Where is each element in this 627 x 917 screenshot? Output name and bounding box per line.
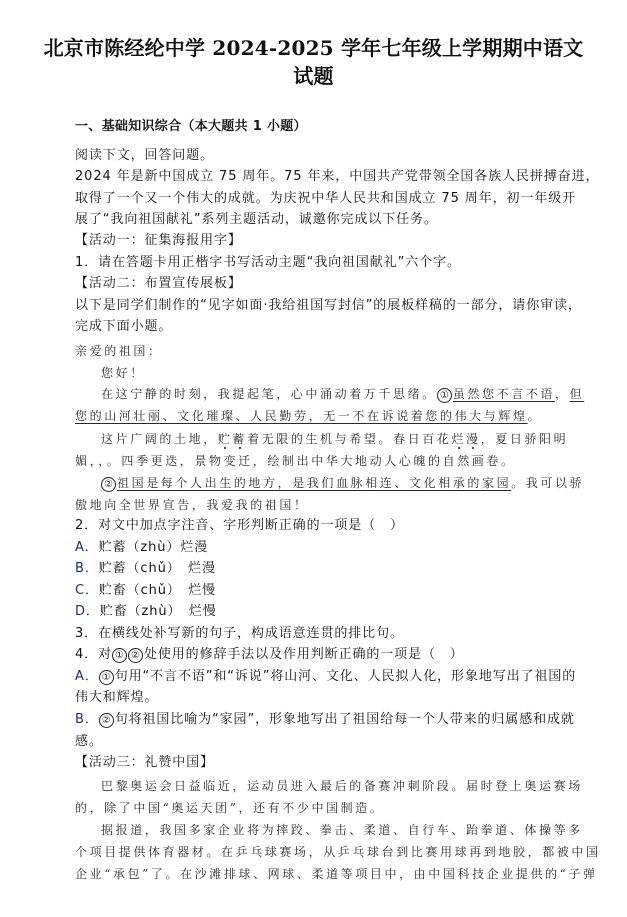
option-text: 句用“不言不语”和“诉说”将山河、文化、人民拟人化，形象地写出了祖国的 [115,669,576,684]
circled-marker-1: ① [99,670,114,685]
instruction-text: 阅读下文，回答问题。 [75,147,214,165]
title-line-2: 试题 [40,62,587,90]
section-heading: 一、基础知识综合（本大题共 1 小题） [75,118,307,136]
option-label: A． [75,669,99,684]
option-label: B． [75,712,99,727]
question-2-option-d: D．贮畜（zhù） 烂慢 [75,603,217,621]
letter-greeting: 您好！ [75,364,145,382]
option-text: 贮蓄（chǔ） 烂漫 [99,561,216,576]
circled-marker-1: ① [112,648,127,663]
letter-paragraph-1-line-2: 您的山河壮丽、文化璀璨、人民勤劳，无一不在诉说着您的伟大与辉煌。 [75,407,542,425]
activity-1-heading: 【活动一：征集海报用字】 [75,232,242,250]
question-1: 1．请在答题卡用正楷字书写活动主题“我向祖国献礼”六个字。 [75,254,461,272]
activity-3-paragraph-line: 巴黎奥运会日益临近，运动员进入最后的备赛冲刺阶段。届时登上奥运赛场 [75,777,583,795]
circled-marker-2: ② [99,713,114,728]
emphasis-dot-char: 烂 [451,432,466,446]
activity-2-description: 以下是同学们制作的“见字如面·我给祖国写封信”的展板样稿的一部分，请你审读， [75,297,582,315]
question-4-option-b: B．②句将祖国比喻为“家园”，形象地写出了祖国给每一个人带来的归属感和成就 [75,711,575,729]
activity-3-heading: 【活动三：礼赞中国】 [75,754,214,772]
activity-2-description: 完成下面小题。 [75,318,172,336]
question-2-stem: 2．对文中加点字注音、字形判断正确的一项是（ ） [75,517,404,535]
intro-paragraph-line: 取得了一个又一个伟大的成就。为庆祝中华人民共和国成立 75 周年，初一年级开 [75,190,576,208]
activity-3-paragraph-line: 据报道，我国多家企业将为摔跤、拳击、柔道、自行车、跆拳道、体操等多 [75,821,583,839]
circled-marker-1: ① [437,388,452,403]
option-text: 贮畜（zhù） 烂慢 [100,604,217,619]
emphasis-dot-char: 漫 [466,432,481,446]
underlined-sentence-1: 但 [570,387,585,401]
underlined-sentence-2: 祖国是每个人出生的地方，是我们血脉相连、文化相承的家园 [117,476,511,490]
option-label: C． [75,583,99,598]
underlined-sentence-1: 虽然您不言不语 [453,387,555,401]
title-line-1: 北京市陈经纶中学 2024-2025 学年七年级上学期期中语文 [40,34,587,62]
question-text: 处使用的修辞手法以及作用判断正确的一项是（ ） [144,647,464,662]
option-text: 贮畜（chǔ） 烂慢 [99,583,216,598]
emphasis-dot-char: 贮 [218,432,233,446]
letter-text: 这片广阔的土地， [101,432,218,446]
option-text: 贮蓄（zhù）烂漫 [99,540,208,555]
question-4-stem: 4．对①②处使用的修辞手法以及作用判断正确的一项是（ ） [75,646,464,664]
question-text: 4．对 [75,647,112,662]
document-page: 北京市陈经纶中学 2024-2025 学年七年级上学期期中语文 试题 一、基础知… [0,0,627,917]
letter-text: ， [555,387,570,401]
circled-marker-2: ② [128,648,143,663]
letter-salutation: 亲爱的祖国： [75,342,163,360]
option-label: D． [75,604,100,619]
letter-paragraph-2-line-1: 这片广阔的土地，贮蓄着无限的生机与希望。春日百花烂漫，夏日骄阳明 [75,430,568,448]
question-2-option-c: C．贮畜（chǔ） 烂慢 [75,582,216,600]
letter-paragraph-1-line-1: 在这宁静的时刻，我提起笔，心中涌动着万千思绪。①虽然您不言不语，但 [75,385,584,403]
activity-3-paragraph-line: 个项目提供体育器材。在乒乓球赛场，从乒乓球台到比赛用球再到地胶，都被中国 [75,843,601,861]
activity-2-heading: 【活动二：布置宣传展板】 [75,275,242,293]
option-label: B． [75,561,99,576]
activity-3-paragraph-line: 的，除了中国“奥运天团”，还有不少中国制造。 [75,799,384,817]
intro-paragraph-line: 2024 年是新中国成立 75 周年。75 年来，中国共产党带领全国各族人民拼搏… [75,168,599,186]
document-title: 北京市陈经纶中学 2024-2025 学年七年级上学期期中语文 试题 [40,34,587,90]
intro-paragraph-line: 展了“我向祖国献礼”系列主题活动，诚邀你完成以下任务。 [75,211,438,229]
question-4-option-a-cont: 伟大和辉煌。 [75,689,158,707]
question-2-option-b: B．贮蓄（chǔ） 烂漫 [75,560,216,578]
question-2-option-a: A．贮蓄（zhù）烂漫 [75,539,208,557]
question-4-option-b-cont: 感。 [75,733,103,751]
underlined-sentence-1: 您的山河壮丽、文化璀璨、人民勤劳，无一不在诉说着您的伟大与辉煌 [75,409,528,423]
question-4-option-a: A．①句用“不言不语”和“诉说”将山河、文化、人民拟人化，形象地写出了祖国的 [75,668,576,686]
letter-paragraph-3-line-2: 傲地向全世界宣告，我爱我的祖国！ [75,496,309,514]
letter-text: 。 [528,409,543,423]
activity-3-paragraph-line: 企业“承包”了。在沙滩排球、网球、柔道等项目中，由中国科技企业提供的“子弹 [75,865,598,883]
emphasis-dot-char: 蓄 [232,432,247,446]
question-3: 3．在横线处补写新的句子，构成语意连贯的排比句。 [75,625,404,643]
letter-paragraph-2-line-2: 媚，，。四季更迭，景物变迁，绘制出中华大地动人心魄的自然画卷。 [75,452,516,470]
circled-marker-2: ② [101,477,116,492]
option-text: 句将祖国比喻为“家园”，形象地写出了祖国给每一个人带来的归属感和成就 [115,712,575,727]
letter-text: ，夏日骄阳明 [481,432,569,446]
letter-text: 在这宁静的时刻，我提起笔，心中涌动着万千思绪。 [101,387,437,401]
letter-text: 。我可以骄 [511,476,584,490]
option-label: A． [75,540,99,555]
letter-text: 着无限的生机与希望。春日百花 [247,432,451,446]
letter-paragraph-3-line-1: ②祖国是每个人出生的地方，是我们血脉相连、文化相承的家园。我可以骄 [75,474,584,492]
